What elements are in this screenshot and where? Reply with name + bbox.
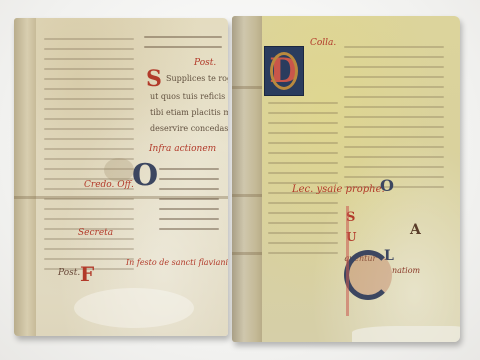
initial-o: O [132, 158, 158, 193]
right-book-spine [232, 16, 262, 342]
spine-band [232, 252, 262, 255]
text-line: Supplices te rogamus [166, 74, 228, 83]
text-column-right [344, 46, 444, 196]
right-manuscript-book: D Colla. Lec. ysaie prophe. O S U A quen… [232, 16, 460, 342]
initial-s: S [146, 66, 162, 92]
rubric-post-2: Post. [58, 268, 80, 278]
spine-band [232, 194, 262, 197]
text-line: ut quos tuis reficis sacramentis [150, 92, 228, 101]
text-line: tibi etiam placitis moribus dignanter [150, 108, 228, 117]
rubric-secreta: Secreta [78, 228, 113, 238]
initial-o: O [380, 176, 394, 195]
initial-a: A [410, 222, 421, 238]
right-text-column [144, 36, 222, 56]
spine-band [232, 86, 262, 89]
worn-edge [352, 326, 460, 342]
left-manuscript-book: Post. S Supplices te rogamus ut quos tui… [14, 18, 228, 336]
rubric-lectio-ysaie: Lec. ysaie prophe. [292, 184, 385, 195]
rubric-credo: Credo. Off. [84, 180, 134, 190]
rubric-post: Post. [194, 58, 216, 68]
text-column-left [268, 102, 338, 262]
decorated-initial-c [344, 250, 392, 300]
text-line: deservire concedas [150, 124, 228, 133]
text-block [159, 168, 219, 238]
stain [104, 158, 134, 182]
initial-f: F [80, 262, 94, 286]
rubric-infra-actionem: Infra actionem [149, 144, 216, 154]
rubric-feast: In festo de sancti flaviani martiris [126, 258, 228, 267]
rubric-natiom: natiom [392, 266, 420, 275]
illuminated-initial-d: D [264, 46, 304, 96]
left-book-spine [14, 18, 36, 336]
red-pen-flourish [346, 206, 349, 316]
worn-area [74, 288, 194, 328]
rubric-colla: Colla. [310, 38, 336, 48]
